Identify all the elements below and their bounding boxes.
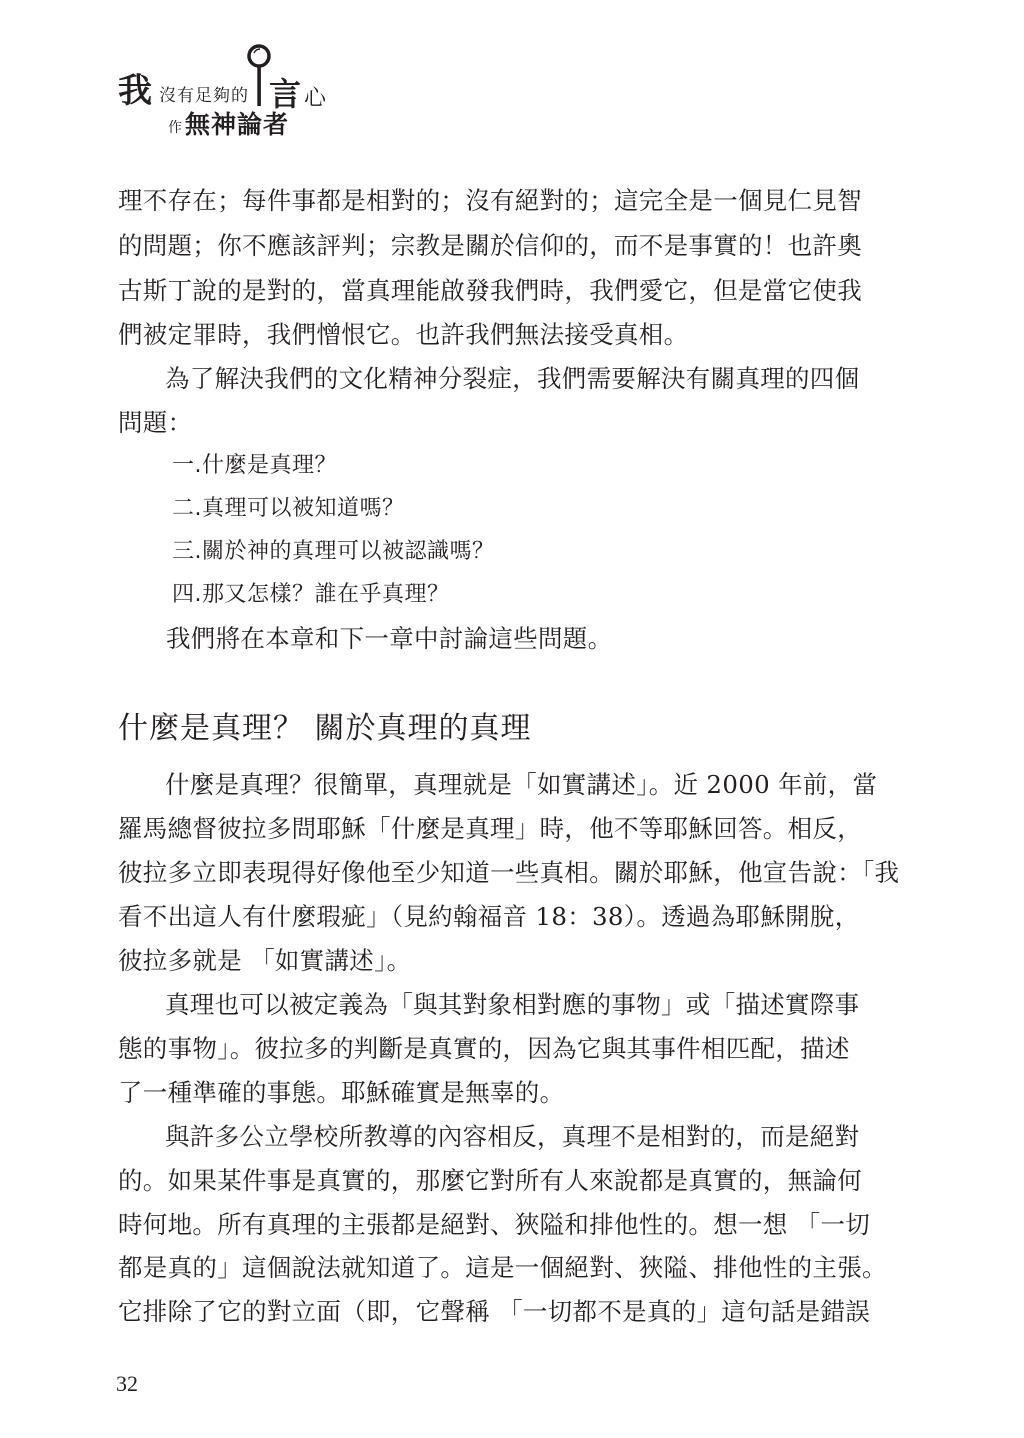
question-item-2: 二.真理可以被知道嗎？ xyxy=(172,495,405,523)
section-heading: 什麼是真理？ 關於真理的真理 xyxy=(118,709,532,749)
paragraph-line: 的問題；你不應該評判；宗教是關於信仰的，而不是事實的！也許奧 xyxy=(118,231,862,261)
question-number: 四 xyxy=(172,582,195,607)
paragraph-line: 態的事物」。彼拉多的判斷是真實的，因為它與其事件相匹配，描述 xyxy=(118,1034,850,1064)
title-line2-small: 作 xyxy=(168,121,182,135)
paragraph-line: 與許多公立學校所教導的內容相反，真理不是相對的，而是絕對 xyxy=(165,1122,859,1152)
paragraph-line: 古斯丁說的是對的，當真理能啟發我們時，我們愛它，但是當它使我 xyxy=(118,276,862,306)
title-line2-large: 無神論者 xyxy=(185,112,289,137)
question-text: 那又怎樣？誰在乎真理？ xyxy=(202,582,450,607)
question-separator: . xyxy=(195,496,203,521)
question-separator: . xyxy=(195,539,203,564)
question-number: 二 xyxy=(172,496,195,521)
paragraph-line: 時何地。所有真理的主張都是絕對、狹隘和排他性的。想一想 「一切 xyxy=(118,1210,870,1240)
paragraph-line: 理不存在；每件事都是相對的；沒有絕對的；這完全是一個見仁見智 xyxy=(118,186,862,216)
question-item-3: 三.關於神的真理可以被認識嗎？ xyxy=(172,538,495,566)
book-title-logo: 我 沒有足夠的 言 心 作 無神論者 xyxy=(112,36,332,146)
paragraph-line: 什麼是真理？很簡單，真理就是「如實講述」。近 2000 年前，當 xyxy=(165,770,877,800)
questions-followup: 我們將在本章和下一章中討論這些問題。 xyxy=(166,624,612,654)
paragraph-line: 都是真的」這個說法就知道了。這是一個絕對、狹隘、排他性的主張。 xyxy=(118,1253,887,1283)
page-number: 32 xyxy=(116,1371,138,1397)
title-small-run: 沒有足夠的 xyxy=(159,88,249,105)
question-text: 關於神的真理可以被認識嗎？ xyxy=(202,539,495,564)
paragraph-line: 問題： xyxy=(118,408,192,438)
question-number: 一 xyxy=(172,453,195,478)
paragraph-line: 它排除了它的對立面（即，它聲稱 「一切都不是真的」這句話是錯誤 xyxy=(118,1297,870,1327)
question-item-1: 一.什麼是真理？ xyxy=(172,452,337,480)
title-big-char: 我 xyxy=(118,74,152,108)
question-text: 什麼是真理？ xyxy=(202,453,337,478)
paragraph-line: 們被定罪時，我們憎恨它。也許我們無法接受真相。 xyxy=(118,320,688,350)
paragraph-line: 看不出這人有什麼瑕疵」（見約翰福音 18：38）。透過為耶穌開脫， xyxy=(118,902,860,932)
book-page: 我 沒有足夠的 言 心 作 無神論者 理不存在；每件事都是相對的；沒有絕對的；這… xyxy=(0,0,1024,1438)
question-text: 真理可以被知道嗎？ xyxy=(202,496,405,521)
title-stylized-char: 言 xyxy=(269,78,301,110)
question-item-4: 四.那又怎樣？誰在乎真理？ xyxy=(172,581,450,609)
paragraph-line: 羅馬總督彼拉多問耶穌「什麼是真理」時，他不等耶穌回答。相反， xyxy=(118,814,862,844)
paragraph-line: 了一種準確的事態。耶穌確實是無辜的。 xyxy=(118,1078,564,1108)
question-number: 三 xyxy=(172,539,195,564)
question-separator: . xyxy=(195,582,203,607)
paragraph-line: 真理也可以被定義為「與其對象相對應的事物」或「描述實際事 xyxy=(165,990,859,1020)
paragraph-line: 的。如果某件事是真實的，那麼它對所有人來說都是真實的，無論何 xyxy=(118,1166,862,1196)
question-separator: . xyxy=(195,453,203,478)
paragraph-line: 為了解決我們的文化精神分裂症，我們需要解決有關真理的四個 xyxy=(165,364,859,394)
title-last-char: 心 xyxy=(304,88,326,110)
paragraph-line: 彼拉多就是 「如實講述」。 xyxy=(118,946,411,976)
paragraph-line: 彼拉多立即表現得好像他至少知道一些真相。關於耶穌，他宣告說：「我 xyxy=(118,858,899,888)
